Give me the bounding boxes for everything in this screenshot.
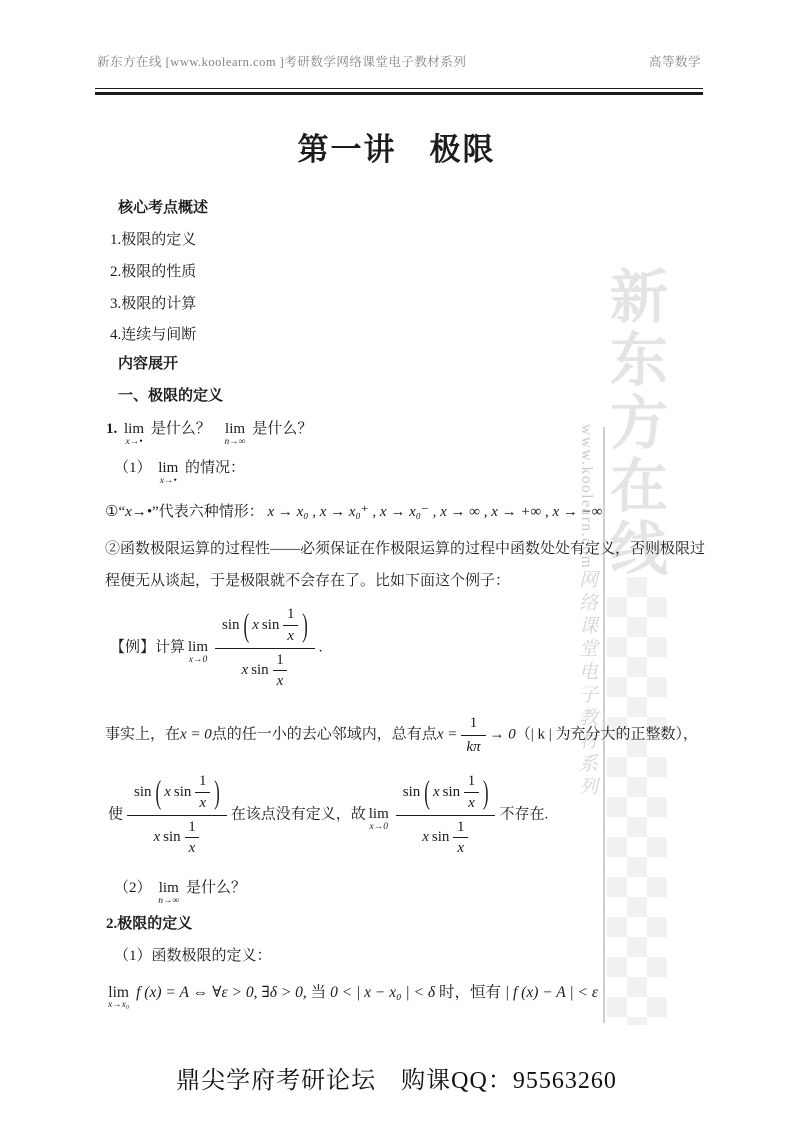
fraction-1-over-kpi: 1kπ: [461, 714, 485, 757]
lim-x-to-dot: limx→•: [158, 461, 178, 487]
left-paren: (: [242, 605, 252, 645]
sin-label: sin: [251, 661, 269, 680]
watermark-series-text: 网络课堂电子教材系列: [576, 569, 597, 799]
question-1-line: 1. limx→• 是什么？ limn→∞ 是什么？: [106, 417, 312, 448]
right-paren: ): [300, 605, 310, 645]
sub-item-2-text: 是什么？: [186, 880, 246, 896]
inner-fraction-1-over-x: 1x: [195, 772, 210, 813]
then-label: 时，恒有: [439, 984, 501, 1001]
quantifiers: ∀ε > 0, ∃δ > 0,: [212, 984, 307, 1001]
footer-forum-text: 鼎尖学府考研论坛 购课QQ：95563260: [0, 1060, 793, 1095]
fraction-sin-xsin: sin(xsin1x)xsin1x: [127, 772, 227, 858]
section1-heading: 一、极限的定义: [118, 384, 223, 405]
right-paren: ): [212, 772, 222, 812]
lim-n-to-inf: limn→∞: [158, 881, 179, 907]
sub-item-1-line: （1） limx→• 的情况：: [114, 456, 245, 487]
example-fraction: sin(xsin1x)xsin1x: [215, 605, 315, 691]
circled-1-line: ①“x→•”代表六种情形： x → x₀ , x → x₀⁺ , x → x₀⁻…: [105, 500, 602, 521]
header-left-text: 新东方在线 [www.koolearn.com ]考研数学网络课堂电子教材系列: [97, 52, 466, 70]
var-x: x: [252, 616, 259, 635]
inner-fraction-1-over-x: 1x: [185, 818, 200, 859]
inner-fraction-1-over-x: 1x: [283, 605, 298, 646]
lim-x-to-0: limx→0: [188, 640, 208, 666]
example-period: .: [319, 639, 323, 655]
var-x: x: [422, 828, 429, 847]
fraction-sin-xsin: sin(xsin1x)xsin1x: [396, 772, 496, 858]
inner-fraction-1-over-x: 1x: [453, 818, 468, 859]
var-x: x: [241, 661, 248, 680]
sin-label: sin: [174, 783, 192, 802]
sub-item-1-label: （1）: [114, 460, 152, 476]
lim-x-to-x0: limx→x₀: [108, 985, 129, 1011]
delta-inequality: 0 < | x − x₀ | < δ: [330, 984, 435, 1001]
sin-label: sin: [443, 783, 461, 802]
question-text-1: 是什么？: [151, 421, 211, 437]
fact-line: 事实上，在x = 0点的任一小的去心邻域内，总有点x =1kπ→ 0（| k |…: [105, 714, 698, 757]
var-x: x: [153, 828, 160, 847]
epsilon-inequality: | f (x) − A | < ε: [505, 984, 598, 1001]
circled-1-post: ”代表六种情形：: [152, 504, 264, 520]
circled-1-pre: ①“: [105, 504, 125, 520]
outline-item-2: 2.极限的性质: [110, 260, 196, 281]
limit-definition-formula: limx→x₀ f (x) = A ⇔ ∀ε > 0, ∃δ > 0, 当 0 …: [105, 980, 598, 1011]
var-x: x: [433, 783, 440, 802]
use-mid: 在该点没有定义，故: [231, 806, 366, 822]
example-block: 【例】计算limx→0sin(xsin1x)xsin1x.: [110, 605, 323, 691]
x-equals-0: x = 0: [180, 727, 212, 743]
undefined-point-block: 使sin(xsin1x)xsin1x在该点没有定义，故limx→0sin(xsi…: [108, 772, 548, 858]
sin-label: sin: [262, 616, 280, 635]
sin-label: sin: [403, 783, 421, 802]
inner-fraction-1-over-x: 1x: [273, 651, 288, 692]
question-number: 1.: [106, 421, 117, 437]
example-label: 【例】计算: [110, 639, 185, 655]
sin-label: sin: [222, 616, 240, 635]
header-rule: [95, 88, 703, 95]
content-expand-heading: 内容展开: [118, 352, 178, 373]
sub-item-2-label: （2）: [114, 880, 152, 896]
arrow-to-0: → 0: [490, 727, 516, 743]
fact-post: （| k | 为充分大的正整数），: [516, 727, 698, 743]
sub-item-2-line: （2） limn→∞ 是什么？: [114, 876, 246, 907]
outline-item-1: 1.极限的定义: [110, 228, 196, 249]
sin-label: sin: [163, 828, 181, 847]
section2-heading: 2.极限的定义: [106, 912, 192, 933]
x-equals: x =: [437, 727, 458, 743]
outline-heading: 核心考点概述: [118, 196, 208, 217]
left-paren: (: [154, 772, 164, 812]
fact-pre: 事实上，在: [105, 727, 180, 743]
left-paren: (: [422, 772, 432, 812]
use-pre: 使: [108, 806, 123, 822]
x-to-dot-inline: x→•: [125, 504, 152, 520]
right-paren: ): [481, 772, 491, 812]
lim-x-to-0: limx→0: [369, 807, 389, 833]
sin-label: sin: [432, 828, 450, 847]
sin-label: sin: [134, 783, 152, 802]
document-page: 新东方在线 www.koolearn.com网络课堂电子教材系列 新东方在线 […: [0, 0, 793, 1122]
page-title: 第一讲 极限: [0, 124, 793, 169]
fact-mid: 点的任一小的去心邻域内，总有点: [212, 727, 437, 743]
outline-item-4: 4.连续与间断: [110, 323, 196, 344]
section2-item-1: （1）函数极限的定义：: [114, 944, 272, 965]
when-label: 当: [311, 984, 327, 1001]
watermark-brand-text: 新东方在线: [604, 266, 662, 581]
outline-item-3: 3.极限的计算: [110, 292, 196, 313]
checkerboard-pattern: [607, 577, 667, 1025]
lim-x-to-dot: limx→•: [124, 422, 144, 448]
circled-2-line-cont: 程便无从谈起，于是极限就不会存在了。比如下面这个例子：: [105, 569, 510, 590]
header-right-text: 高等数学: [649, 52, 701, 70]
question-text-2: 是什么？: [252, 421, 312, 437]
lim-n-to-inf: limn→∞: [225, 422, 246, 448]
var-x: x: [164, 783, 171, 802]
six-cases-math: x → x₀ , x → x₀⁺ , x → x₀⁻ , x → ∞ , x →…: [267, 504, 602, 520]
circled-2-line: ②函数极限运算的过程性——必须保证在作极限运算的过程中函数处处有定义，否则极限过: [105, 537, 705, 558]
use-post: 不存在.: [499, 806, 548, 822]
iff-symbol: ⇔: [193, 984, 209, 1001]
fx-equals-A: f (x) = A: [136, 984, 189, 1001]
sub-item-1-text: 的情况：: [185, 460, 245, 476]
inner-fraction-1-over-x: 1x: [464, 772, 479, 813]
